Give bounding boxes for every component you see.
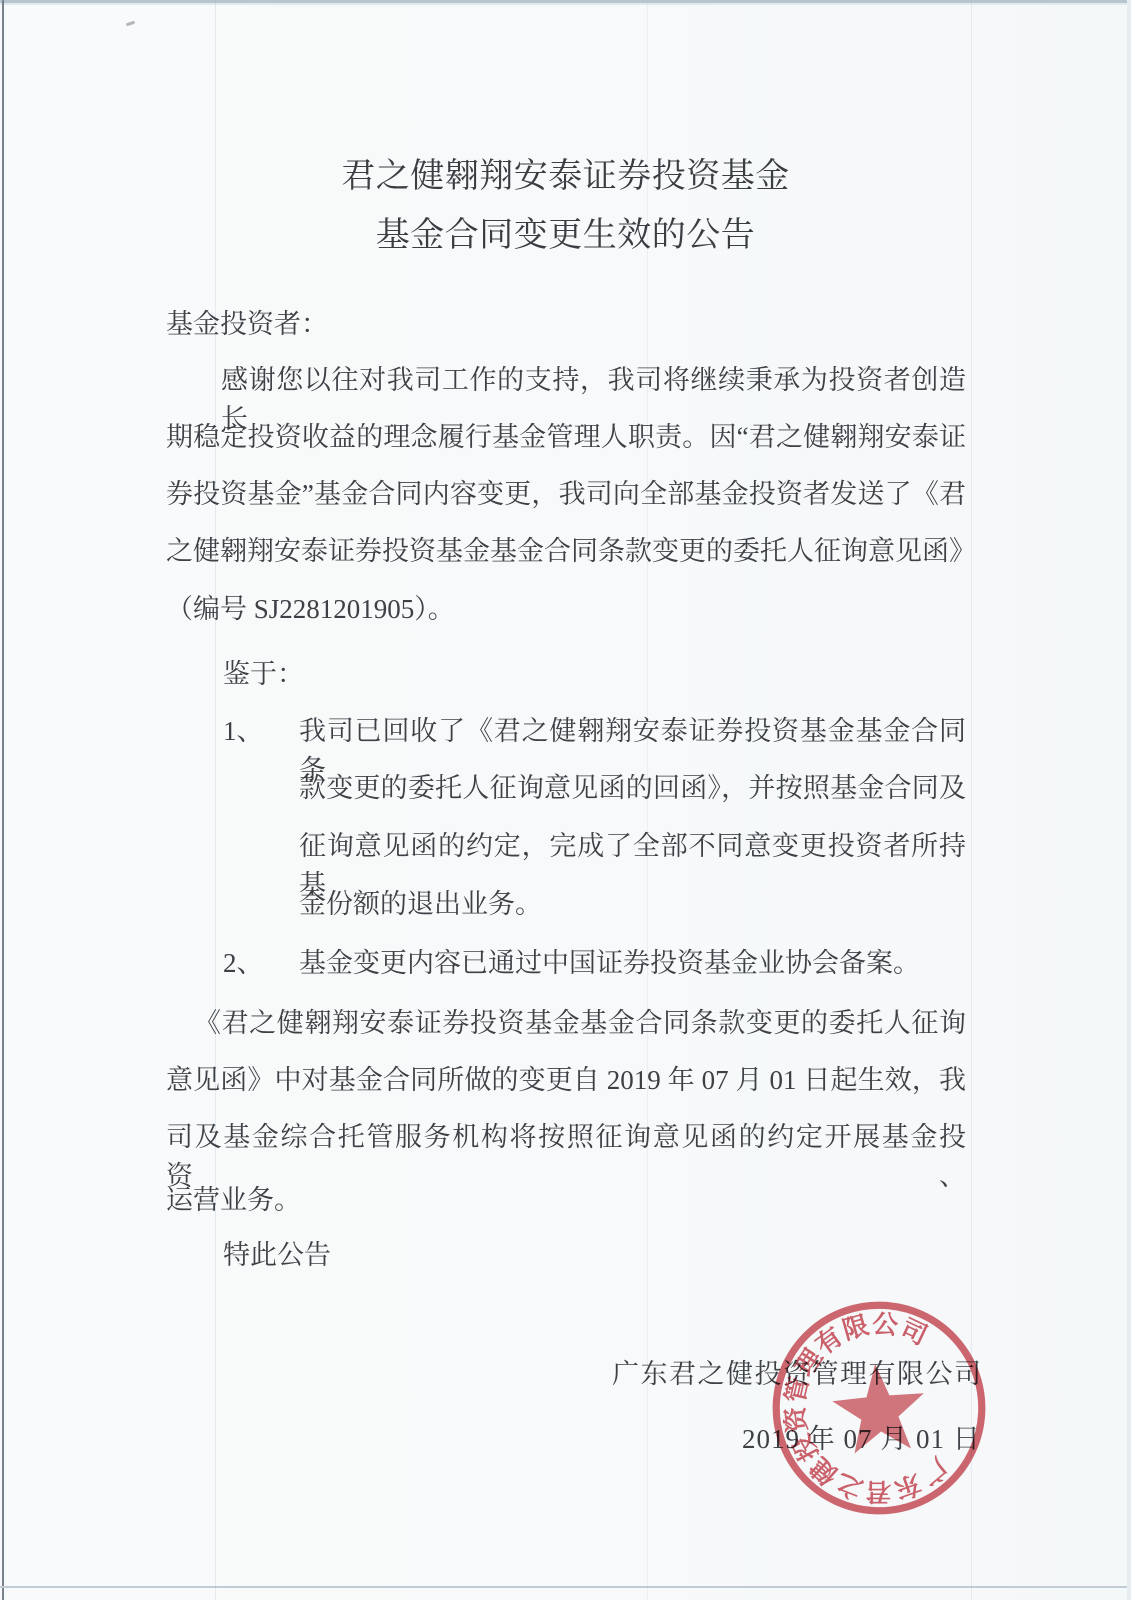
scan-edge-top-light <box>0 3 1131 5</box>
document-title-line1: 君之健翱翔安泰证券投资基金 <box>0 148 1131 197</box>
list-item-1-line2: 款变更的委托人征询意见函的回函》，并按照基金合同及 <box>166 766 966 802</box>
company-seal: 广东君之健投资管理有限公司 <box>762 1291 995 1524</box>
paragraph2-line3: 司及基金综合托管服务机构将按照征询意见函的约定开展基金投资、 <box>166 1115 966 1151</box>
list-item-1-line4: 金份额的退出业务。 <box>166 882 966 918</box>
closing-statement: 特此公告 <box>166 1233 966 1269</box>
scanned-document-page: 君之健翱翔安泰证券投资基金 基金合同变更生效的公告 基金投资者： 感谢您以往对我… <box>0 0 1131 1600</box>
document-title-line2: 基金合同变更生效的公告 <box>0 207 1131 256</box>
paragraph2-line1: 《君之健翱翔安泰证券投资基金基金合同条款变更的委托人征询 <box>166 1001 966 1037</box>
paragraph1-line3: 券投资基金”基金合同内容变更，我司向全部基金投资者发送了《君 <box>166 472 966 508</box>
paragraph2-line2: 意见函》中对基金合同所做的变更自 2019 年 07 月 01 日起生效，我 <box>166 1058 966 1094</box>
scan-speck <box>126 21 135 27</box>
paragraph1-line2: 期稳定投资收益的理念履行基金管理人职责。因“君之健翱翔安泰证 <box>166 415 966 451</box>
list-item-1: 1、 我司已回收了《君之健翱翔安泰证券投资基金基金合同条 <box>166 709 966 745</box>
scan-edge-bottom <box>0 1586 1131 1588</box>
salutation: 基金投资者： <box>166 302 966 338</box>
list-item-2: 2、 基金变更内容已通过中国证券投资基金业协会备案。 <box>166 941 966 977</box>
list-item-1-line1: 我司已回收了《君之健翱翔安泰证券投资基金基金合同条 <box>299 709 966 745</box>
paragraph1-line1: 感谢您以往对我司工作的支持，我司将继续秉承为投资者创造长 <box>166 358 966 394</box>
paragraph1-line4: 之健翱翔安泰证券投资基金基金合同条款变更的委托人征询意见函》 <box>166 529 966 565</box>
seal-star-icon <box>829 1360 928 1455</box>
paragraph1-line5: （编号 SJ2281201905）。 <box>166 587 966 623</box>
list-item-2-text: 基金变更内容已通过中国证券投资基金业协会备案。 <box>299 941 966 977</box>
paragraph2-line4: 运营业务。 <box>166 1178 966 1214</box>
whereas-label: 鉴于： <box>166 652 966 688</box>
list-item-2-number: 2、 <box>223 941 299 977</box>
list-item-1-line3: 征询意见函的约定，完成了全部不同意变更投资者所持基 <box>166 824 966 860</box>
list-item-1-number: 1、 <box>223 709 299 745</box>
